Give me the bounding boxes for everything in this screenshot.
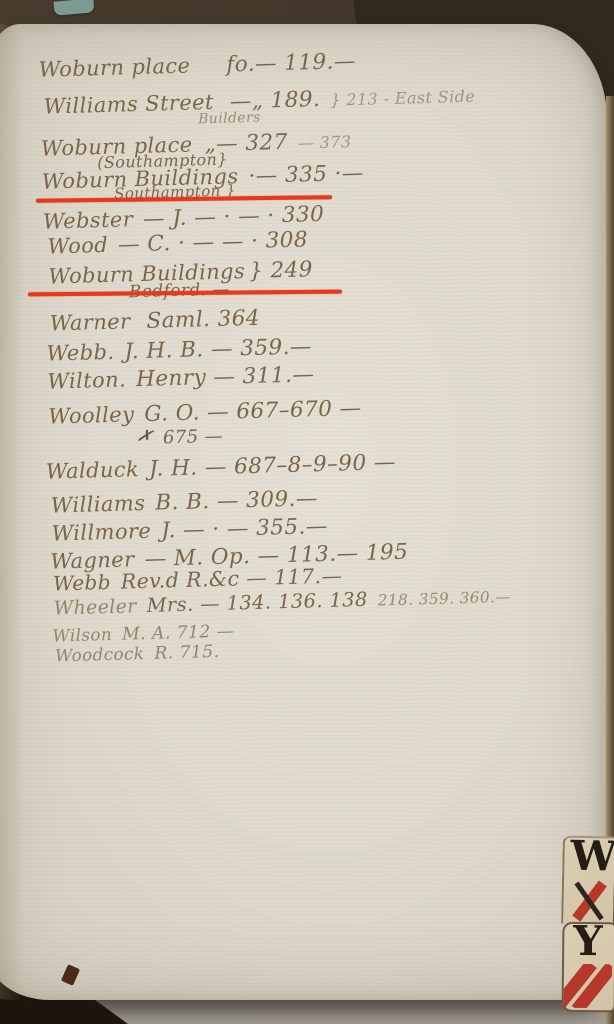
entry-name: Webb xyxy=(53,570,111,596)
entry-pages: — C. · — — · 308 xyxy=(118,227,309,257)
entry-name: Woburn place xyxy=(38,54,190,82)
ledger-entry: WilliamsB. B. — 309.— xyxy=(51,486,319,518)
ledger-entry: WoodcockR. 715. xyxy=(55,641,220,667)
entry-pages: fo.— 119.— xyxy=(226,49,356,78)
tab-letter-y: Y xyxy=(573,921,603,962)
ledger-entry: Wilton.Henry — 311.— xyxy=(47,362,315,394)
tab-segment-wx: W xyxy=(561,835,614,924)
entry-name: Woodcock xyxy=(55,643,145,665)
entry-pages: J. — · — 355.— xyxy=(161,514,328,544)
ledger-entry: Webb.J. H. B. — 359.— xyxy=(46,334,312,366)
entry-pages: G. O. — 667–670 — xyxy=(144,396,362,427)
ledger-entry: Williams Street—„ 189.} 213 - East SideB… xyxy=(43,83,475,120)
entry-name: Warner xyxy=(49,309,130,335)
ledger-entry: WillmoreJ. — · — 355.— xyxy=(51,514,328,547)
ledger-entry: Woburn Buildings·— 335 ·—Southampton } xyxy=(41,161,364,195)
ledger-entry: Woburn Buildings} 249Bedford. — xyxy=(48,257,313,289)
page-gutter-shading xyxy=(0,24,24,1000)
paper-clip xyxy=(53,0,94,16)
entry-pages: J. H. B. — 359.— xyxy=(124,334,312,364)
entry-subtext: Builders xyxy=(198,110,261,128)
tab-segment-yz: Y xyxy=(562,922,614,1013)
entry-note: — 373 xyxy=(298,132,352,152)
entry-name: Webster xyxy=(43,207,134,234)
entry-name: Wilson xyxy=(52,624,112,646)
entries-list: Woburn placefo.— 119.—Williams Street—„ … xyxy=(30,30,614,706)
entry-name: Wheeler xyxy=(53,595,137,619)
entry-note: 218. 359. 360.— xyxy=(378,588,512,610)
entry-name: Williams xyxy=(51,491,146,518)
ledger-entry: Woburn place„— 327— 373(Southampton} xyxy=(41,128,352,162)
scribble-mark: ✗ xyxy=(135,425,155,449)
ledger-entry: WarnerSaml. 364 xyxy=(49,306,260,337)
entry-name: Wood xyxy=(47,233,108,259)
photograph-ledger-page: Woburn placefo.— 119.—Williams Street—„ … xyxy=(0,0,614,1024)
entry-pages: Saml. 364 xyxy=(146,306,260,334)
entry-pages: Mrs. — 134. 136. 138 xyxy=(146,588,368,617)
entry-pages: ·— 335 ·— xyxy=(248,161,364,189)
entry-name: Woolley xyxy=(48,402,135,428)
entry-name: Webb. xyxy=(46,340,115,366)
thumb-index-tab: W Y xyxy=(554,836,614,1008)
entry-pages: B. B. — 309.— xyxy=(155,486,318,516)
entry-pages: } 249 xyxy=(249,257,314,284)
entry-name: Williams Street xyxy=(43,90,214,119)
tab-letter-w: W xyxy=(570,836,614,878)
tab-letter-z xyxy=(564,964,612,1009)
entry-name: Walduck xyxy=(46,457,140,484)
entry-name: Willmore xyxy=(51,519,151,546)
ledger-entry: WoolleyG. O. — 667–670 —675 —✗ xyxy=(48,396,362,430)
entry-pages: R. 715. xyxy=(154,642,220,664)
entry-subtext: 675 — xyxy=(163,426,224,449)
ledger-entry: Woburn placefo.— 119.— xyxy=(38,49,356,83)
entry-note: } 213 - East Side xyxy=(330,87,475,110)
entry-name: Wilton. xyxy=(47,367,126,393)
ledger-entry: WalduckJ. H. — 687–8–9–90 — xyxy=(46,450,397,485)
entry-pages: Henry — 311.— xyxy=(136,362,315,392)
entry-pages: J. H. — 687–8–9–90 — xyxy=(149,450,396,482)
